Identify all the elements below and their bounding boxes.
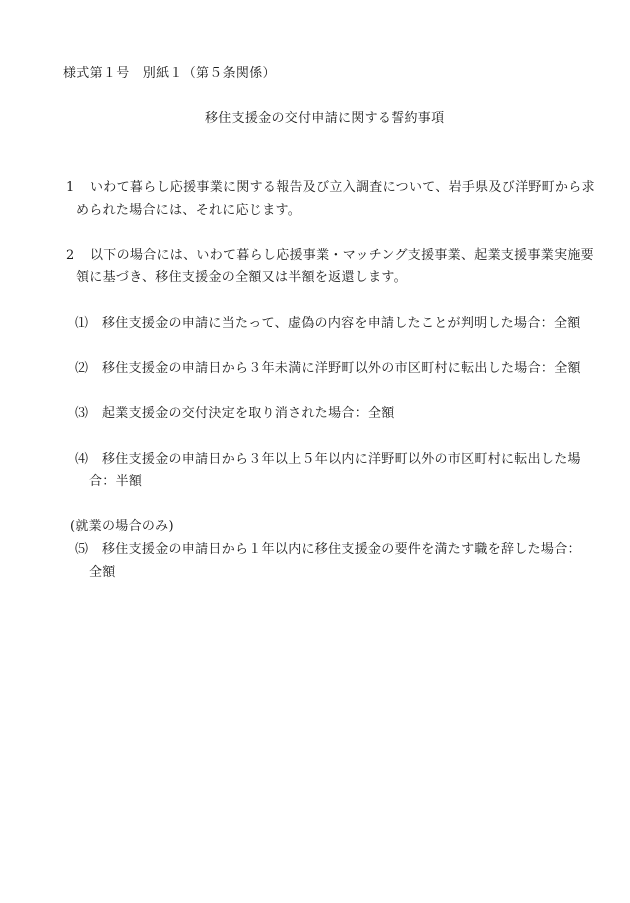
employment-note: (就業の場合のみ): [70, 519, 174, 535]
item-text-line: められた場合には、それに応じます。: [76, 203, 301, 219]
item-text-line: いわて暮らし応援事業に関する報告及び立入調査について、岩手県及び洋野町から求: [90, 180, 595, 196]
sub-item-marker: ⑶: [75, 406, 88, 422]
sub-item-text: 移住支援金の申請日から１年以内に移住支援金の要件を満たす職を辞した場合：: [102, 542, 581, 558]
item-text-line: 以下の場合には、いわて暮らし応援事業・マッチング支援事業、起業支援事業実施要: [90, 248, 594, 264]
sub-item-text: 全額: [89, 565, 116, 581]
item-number: 2: [66, 248, 74, 264]
sub-item-text: 移住支援金の申請日から３年以上５年以内に洋野町以外の市区町村に転出した場: [102, 452, 581, 468]
sub-item-text: 合：半額: [89, 474, 142, 490]
sub-item-marker: ⑴: [75, 316, 88, 332]
item-number: 1: [66, 180, 74, 196]
form-label: 様式第１号 別紙１（第５条関係）: [63, 66, 276, 82]
sub-item-text: 移住支援金の申請日から３年未満に洋野町以外の市区町村に転出した場合：全額: [102, 361, 581, 377]
sub-item-marker: ⑸: [75, 542, 88, 558]
sub-item-text: 移住支援金の申請に当たって、虚偽の内容を申請したことが判明した場合：全額: [102, 316, 581, 332]
sub-item-marker: ⑷: [75, 452, 88, 468]
document-title: 移住支援金の交付申請に関する誓約事項: [205, 111, 444, 127]
sub-item-text: 起業支援金の交付決定を取り消された場合：全額: [102, 406, 395, 422]
sub-item-marker: ⑵: [75, 361, 88, 377]
item-text-line: 領に基づき、移住支援金の全額又は半額を返還します。: [76, 270, 407, 286]
